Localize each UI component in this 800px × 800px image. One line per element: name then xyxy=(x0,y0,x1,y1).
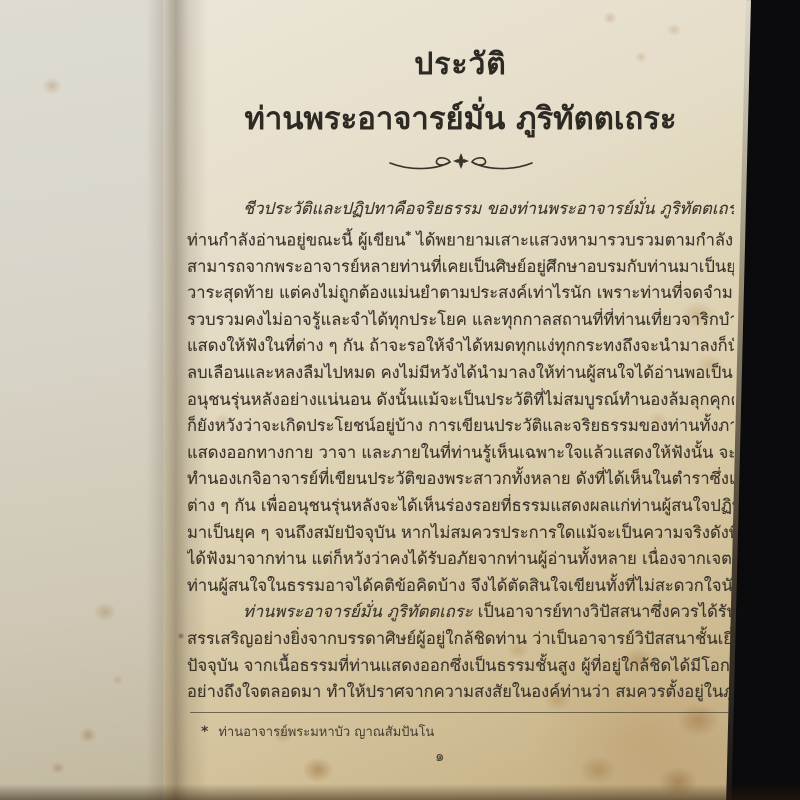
book-photo: ประวัติ ท่านพระอาจารย์มั่น ภูริทัตตเถระ xyxy=(0,0,800,800)
book-page: ประวัติ ท่านพระอาจารย์มั่น ภูริทัตตเถระ xyxy=(163,0,746,800)
body-line: วาระสุดท้าย แต่คงไม่ถูกต้องแม่นยำตามประส… xyxy=(187,280,734,307)
body-line: ท่านกำลังอ่านอยู่ขณะนี้ ผู้เขียน* ได้พยา… xyxy=(187,223,734,254)
body-line: ท่านพระอาจารย์มั่น ภูริทัตตเถระ เป็นอาจา… xyxy=(187,599,734,626)
body-line: ก็ยังหวังว่าจะเกิดประโยชน์อยู่บ้าง การเข… xyxy=(187,413,734,440)
book-gutter-shadow xyxy=(146,0,208,800)
lead-italic-phrase: ท่านพระอาจารย์มั่น ภูริทัตตเถระ xyxy=(243,602,472,621)
body-line: ทำนองเกจิอาจารย์ที่เขียนประวัติของพระสาว… xyxy=(187,466,734,493)
footnote-divider xyxy=(190,712,732,713)
body-line: ปัจจุบัน จากเนื้อธรรมที่ท่านแสดงออกซึ่งเ… xyxy=(187,653,734,680)
page-subtitle: ท่านพระอาจารย์มั่น ภูริทัตตเถระ xyxy=(187,98,734,140)
page-content: ประวัติ ท่านพระอาจารย์มั่น ภูริทัตตเถระ xyxy=(163,0,746,742)
page-number: ๑ xyxy=(435,744,445,768)
bottom-edge-shadow xyxy=(0,784,800,800)
body-line-text: เป็นอาจารย์ทางวิปัสสนาซึ่งควรได้รับยกย่อ… xyxy=(472,602,734,621)
body-line: แสดงออกทางกาย วาจา และภายในที่ท่านรู้เห็… xyxy=(187,440,734,467)
body-line: ลบเลือนและหลงลืมไปหมด คงไม่มีหวังได้นำมา… xyxy=(187,360,734,387)
body-line: สามารถจากพระอาจารย์หลายท่านที่เคยเป็นศิษ… xyxy=(187,254,734,281)
page-title: ประวัติ xyxy=(187,46,734,84)
body-line: ต่าง ๆ กัน เพื่ออนุชนรุ่นหลังจะได้เห็นร่… xyxy=(187,493,734,520)
body-line: สรรเสริญอย่างยิ่งจากบรรดาศิษย์ผู้อยู่ใกล… xyxy=(187,626,734,653)
footnote: *ท่านอาจารย์พระมหาบัว ญาณสัมปันโน xyxy=(187,721,734,742)
body-line: อนุชนรุ่นหลังอย่างแน่นอน ดังนั้นแม้จะเป็… xyxy=(187,387,734,414)
body-line-text: ได้พยายามเสาะแสวงหามารวบรวมตามกำลังความ xyxy=(411,230,734,249)
body-line: รวบรวมคงไม่อาจรู้และจำได้ทุกประโยค และทุ… xyxy=(187,307,734,334)
body-line: แสดงให้ฟังในที่ต่าง ๆ กัน ถ้าจะรอให้จำได… xyxy=(187,333,734,360)
footnote-text: ท่านอาจารย์พระมหาบัว ญาณสัมปันโน xyxy=(218,725,434,740)
body-line: ท่านผู้สนใจในธรรมอาจได้คติข้อคิดบ้าง จึง… xyxy=(187,573,734,600)
calligraphic-flourish-icon xyxy=(386,150,536,174)
body-line: ชีวประวัติและปฏิปทาคือจริยธรรม ของท่านพร… xyxy=(187,196,734,223)
body-line: ได้ฟังมาจากท่าน แต่ก็หวังว่าคงได้รับอภัย… xyxy=(187,546,734,573)
body-line-text: ท่านกำลังอ่านอยู่ขณะนี้ ผู้เขียน xyxy=(187,230,405,249)
body-line: อย่างถึงใจตลอดมา ทำให้ปราศจากความสงสัยใน… xyxy=(187,679,734,706)
lead-italic-phrase: ชีวประวัติและปฏิปทาคือจริยธรรม ของท่านพร… xyxy=(243,199,734,218)
body-line: มาเป็นยุค ๆ จนถึงสมัยปัจจุบัน หากไม่สมคว… xyxy=(187,520,734,547)
body-text: ชีวประวัติและปฏิปทาคือจริยธรรม ของท่านพร… xyxy=(187,196,734,706)
